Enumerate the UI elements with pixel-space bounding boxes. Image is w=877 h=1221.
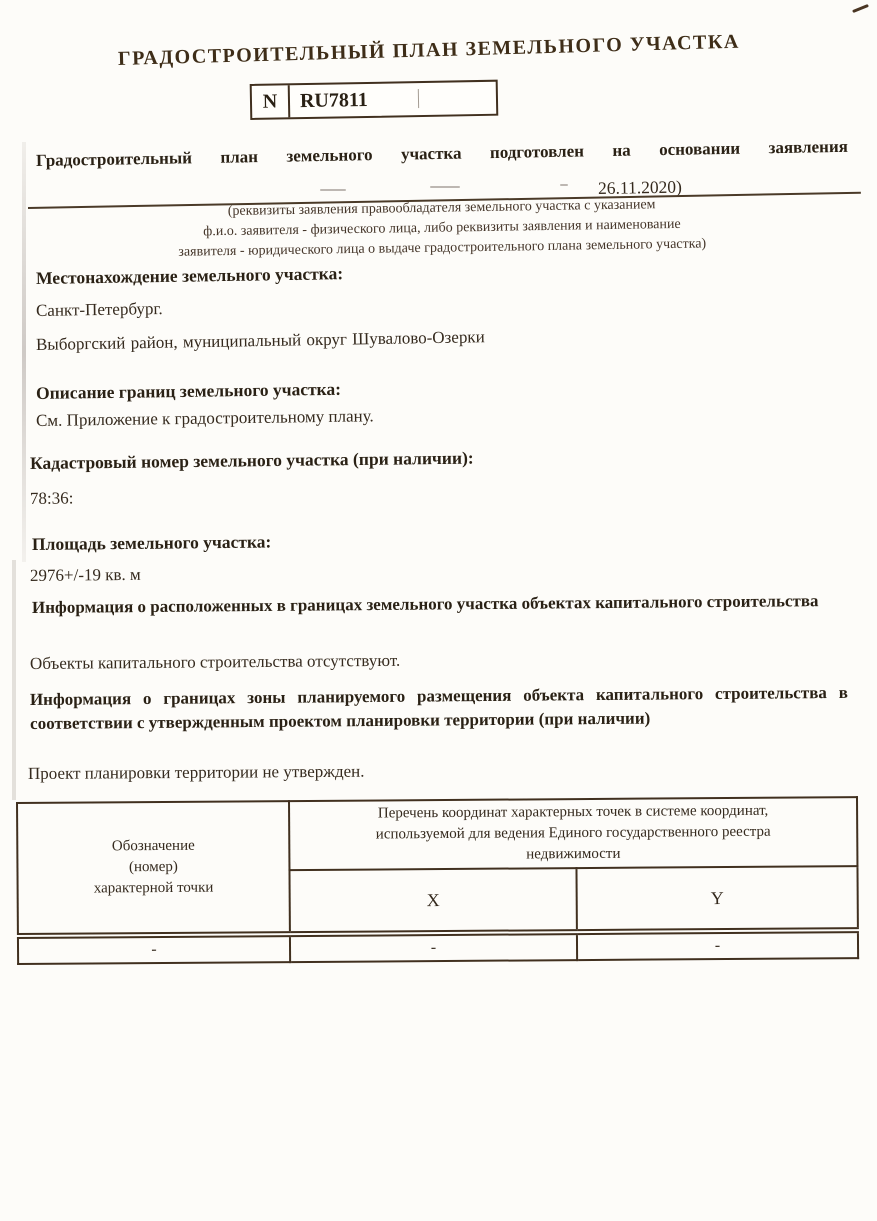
- cadastral-heading: Кадастровый номер земельного участка (пр…: [30, 448, 474, 474]
- location-city: Санкт-Петербург.: [36, 299, 163, 321]
- redaction-mark: [320, 189, 346, 191]
- basis-notes: (реквизиты заявления правообладателя зем…: [36, 192, 849, 265]
- coords-table: Обозначение (номер) характерной точки Пе…: [16, 796, 857, 965]
- scan-corner-mark: [852, 4, 869, 13]
- location-heading: Местонахождение земельного участка:: [36, 263, 343, 289]
- coords-table-point-header: Обозначение (номер) характерной точки: [17, 801, 290, 936]
- redaction-mark: [430, 186, 460, 188]
- capital-objects-heading: Информация о расположенных в границах зе…: [32, 589, 846, 620]
- planned-zone-value: Проект планировки территории не утвержде…: [28, 762, 365, 784]
- basis-heading: Градостроительный план земельного участк…: [36, 136, 848, 171]
- coords-table-row: - - -: [18, 930, 858, 964]
- coords-table-y-header: Y: [576, 866, 857, 932]
- coords-x-cell: -: [290, 932, 577, 962]
- coords-y-cell: -: [577, 930, 858, 960]
- number-box: N RU7811: [250, 80, 499, 120]
- area-value: 2976+/-19 кв. м: [30, 565, 141, 586]
- coords-table-main-header: Перечень координат характерных точек в с…: [289, 797, 857, 870]
- number-value: RU7811: [300, 88, 368, 112]
- scan-edge-artifact: [22, 142, 26, 562]
- coords-point-cell: -: [18, 934, 290, 964]
- capital-objects-value: Объекты капитального строительства отсут…: [30, 651, 400, 674]
- boundaries-value: См. Приложение к градостроительному план…: [36, 406, 374, 431]
- cadastral-value: 78:36:: [30, 488, 74, 509]
- planned-zone-heading: Информация о границах зоны планируемого …: [30, 681, 848, 736]
- document-page: ГРАДОСТРОИТЕЛЬНЫЙ ПЛАН ЗЕМЕЛЬНОГО УЧАСТК…: [0, 0, 877, 1221]
- scan-ghost-stroke: [418, 89, 419, 108]
- location-district: Выборгский район, муниципальный округ Шу…: [36, 327, 485, 355]
- number-label-cell: N: [252, 85, 291, 118]
- area-heading: Площадь земельного участка:: [32, 531, 272, 555]
- coords-table-x-header: X: [289, 868, 576, 934]
- number-value-cell: RU7811: [290, 82, 497, 118]
- boundaries-heading: Описание границ земельного участка:: [36, 379, 341, 404]
- scan-edge-artifact: [12, 560, 16, 800]
- redaction-mark: [560, 184, 568, 186]
- page-title: ГРАДОСТРОИТЕЛЬНЫЙ ПЛАН ЗЕМЕЛЬНОГО УЧАСТК…: [118, 30, 760, 71]
